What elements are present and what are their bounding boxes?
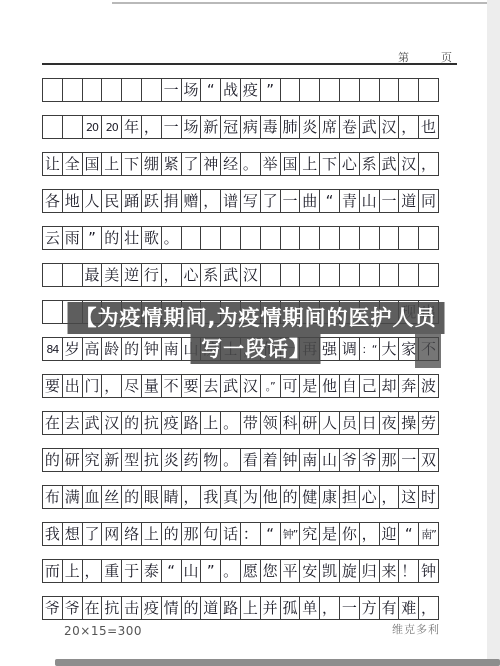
grid-cell: 一 xyxy=(161,115,182,139)
grid-cell: 谱 xyxy=(220,189,241,213)
grid-cell: 心 xyxy=(359,485,380,509)
grid-cell: 新 xyxy=(200,115,221,139)
grid-cell: 门 xyxy=(82,374,103,398)
grid-row: 一场“战疫” xyxy=(42,78,458,102)
grid-cell: ” xyxy=(200,559,221,583)
grid-cell: 为 xyxy=(240,485,261,509)
grid-cell: 壮 xyxy=(121,226,142,250)
grid-cell: 可 xyxy=(280,374,301,398)
grid-cell: 人 xyxy=(82,189,103,213)
grid-cell xyxy=(280,78,301,102)
grid-cell: 武 xyxy=(220,374,241,398)
grid-cell: 钟” xyxy=(280,522,301,546)
composition-paper-photo: 第 页 一场“战疫”2020年，一场新冠病毒肺炎席卷武汉，也让全国上下绷紧了神经… xyxy=(0,0,500,666)
grid-cell xyxy=(240,226,261,250)
grid-cell: 泰 xyxy=(141,559,162,583)
watermark-label: 维克多利 xyxy=(392,621,440,637)
grid-cell: ， xyxy=(418,152,439,176)
grid-cell xyxy=(121,78,142,102)
grid-cell: 上 xyxy=(299,152,320,176)
grid-cell: 20 xyxy=(82,115,103,139)
grid-cell: 络 xyxy=(121,522,142,546)
grid-cell: 下 xyxy=(121,152,142,176)
grid-cell: 的 xyxy=(161,522,182,546)
grid-cell: 旋 xyxy=(339,559,360,583)
grid-cell: 满 xyxy=(62,485,83,509)
grid-cell: 毒 xyxy=(260,115,281,139)
grid-cell xyxy=(398,226,419,250)
grid-cell: 。 xyxy=(220,411,241,435)
grid-cell: 己 xyxy=(359,374,380,398)
grid-cell: 山 xyxy=(181,559,202,583)
grid-cell: 有 xyxy=(379,596,400,620)
grid-cell: ， xyxy=(379,485,400,509)
grid-row: 我想了网络上的那句话：“钟”究是你，迎“南” xyxy=(42,522,458,546)
grid-row: 云雨”的壮歌。 xyxy=(42,226,458,250)
grid-cell: ， xyxy=(141,115,162,139)
grid-cell: 汉 xyxy=(398,152,419,176)
grid-cell: ， xyxy=(359,522,380,546)
grid-cell: 南” xyxy=(418,522,439,546)
grid-cell: 疫 xyxy=(161,411,182,435)
grid-cell: ， xyxy=(398,115,419,139)
grid-cell: 眼 xyxy=(141,485,162,509)
grid-cell: 路 xyxy=(220,596,241,620)
grid-cell: 爷 xyxy=(42,596,63,620)
grid-cell: ， xyxy=(200,189,221,213)
grid-cell: 一 xyxy=(339,596,360,620)
caption-line-1: 【为疫情期间,为疫情期间的医护人员 xyxy=(68,302,445,334)
grid-cell: 。 xyxy=(161,226,182,250)
grid-cell xyxy=(260,263,281,287)
grid-cell: 着 xyxy=(260,448,281,472)
grid-cell: 让 xyxy=(42,152,63,176)
grid-cell: 全 xyxy=(62,152,83,176)
grid-cell: ！ xyxy=(398,559,419,583)
grid-cell: 逆 xyxy=(121,263,142,287)
grid-cell xyxy=(398,78,419,102)
grid-cell: 安 xyxy=(299,559,320,583)
grid-cell: 网 xyxy=(101,522,122,546)
grid-cell: 赠 xyxy=(181,189,202,213)
grid-cell: 凯 xyxy=(319,559,340,583)
grid-cell: ， xyxy=(181,485,202,509)
grid-cell: 山 xyxy=(359,189,380,213)
grid-cell xyxy=(319,263,340,287)
grid-cell: 云 xyxy=(42,226,63,250)
grid-cell: 各 xyxy=(42,189,63,213)
grid-cell xyxy=(220,226,241,250)
grid-cell: 年 xyxy=(121,115,142,139)
grid-cell: 人 xyxy=(319,411,340,435)
grid-cell: 汉 xyxy=(240,263,261,287)
grid-cell: 抗 xyxy=(141,448,162,472)
grid-cell: 想 xyxy=(62,522,83,546)
grid-cell: 了 xyxy=(82,522,103,546)
grid-row: 的研究新型抗炎药物。看着钟南山爷爷那一双 xyxy=(42,448,458,472)
grid-cell: 去 xyxy=(62,411,83,435)
grid-cell: 上 xyxy=(200,411,221,435)
grid-cell: 。 xyxy=(220,559,241,583)
grid-cell: 上 xyxy=(62,559,83,583)
grid-cell: 捐 xyxy=(161,189,182,213)
grid-cell: 话 xyxy=(220,522,241,546)
grid-cell xyxy=(418,263,439,287)
grid-cell: 汉 xyxy=(240,374,261,398)
grid-cell: 在 xyxy=(42,411,63,435)
photo-edge-top xyxy=(112,2,500,4)
grid-cell xyxy=(339,263,360,287)
grid-cell: 上 xyxy=(101,152,122,176)
grid-cell xyxy=(379,263,400,287)
grid-cell: 上 xyxy=(240,596,261,620)
caption-line-2: 写一段话】 xyxy=(191,334,321,364)
grid-cell: 疫 xyxy=(240,78,261,102)
grid-cell: ， xyxy=(418,596,439,620)
grid-cell: 去 xyxy=(200,374,221,398)
grid-cell: 击 xyxy=(121,596,142,620)
grid-cell: ” xyxy=(82,226,103,250)
grid-cell: 南 xyxy=(299,448,320,472)
grid-cell: 不 xyxy=(161,374,182,398)
grid-cell: 钟 xyxy=(280,448,301,472)
grid-cell: ， xyxy=(101,374,122,398)
grid-cell: 康 xyxy=(319,485,340,509)
grid-cell: 我 xyxy=(200,485,221,509)
grid-cell: 型 xyxy=(121,448,142,472)
grid-row: 各地人民踊跃捐赠，谱写了一曲“青山一道同 xyxy=(42,189,458,213)
grid-cell: 疫 xyxy=(141,596,162,620)
grid-cell xyxy=(398,263,419,287)
grid-row: 最美逆行，心系武汉 xyxy=(42,263,458,287)
grid-cell: 物 xyxy=(200,448,221,472)
grid-cell: 病 xyxy=(240,115,261,139)
grid-cell: 的 xyxy=(121,485,142,509)
grid-cell: 系 xyxy=(359,152,380,176)
grid-cell: 他 xyxy=(319,374,340,398)
grid-cell: 研 xyxy=(299,411,320,435)
grid-cell: 地 xyxy=(62,189,83,213)
grid-cell: 武 xyxy=(359,115,380,139)
grid-cell: 。” xyxy=(260,374,281,398)
grid-cell: 场 xyxy=(181,115,202,139)
grid-cell: 夜 xyxy=(379,411,400,435)
grid-cell xyxy=(359,226,380,250)
grid-cell: “ xyxy=(161,559,182,583)
grid-cell xyxy=(299,78,320,102)
grid-cell: 重 xyxy=(101,559,122,583)
grid-cell: 的 xyxy=(101,226,122,250)
grid-cell: 归 xyxy=(359,559,380,583)
grid-cell: 一 xyxy=(398,448,419,472)
grid-cell: 操 xyxy=(398,411,419,435)
grid-cell: ， xyxy=(319,596,340,620)
grid-cell xyxy=(62,78,83,102)
grid-cell: 肺 xyxy=(280,115,301,139)
grid-cell: 是 xyxy=(319,522,340,546)
grid-cell: 。 xyxy=(220,448,241,472)
grid-cell: 句 xyxy=(200,522,221,546)
grid-cell: “ xyxy=(319,189,340,213)
grid-cell: 一 xyxy=(280,189,301,213)
grid-cell: 情 xyxy=(161,596,182,620)
grid-cell xyxy=(299,226,320,250)
grid-cell: 场 xyxy=(181,78,202,102)
grid-cell xyxy=(339,78,360,102)
grid-cell xyxy=(200,226,221,250)
grid-cell: 你 xyxy=(339,522,360,546)
grid-cell: 方 xyxy=(359,596,380,620)
grid-cell: 波 xyxy=(418,374,439,398)
grid-cell: 神 xyxy=(200,152,221,176)
grid-cell xyxy=(319,226,340,250)
grid-cell: 也 xyxy=(418,115,439,139)
grid-cell: 看 xyxy=(240,448,261,472)
grid-row: 在去武汉的抗疫路上。带领科研人员日夜操劳 xyxy=(42,411,458,435)
grid-cell xyxy=(101,78,122,102)
grid-cell: 是 xyxy=(299,374,320,398)
grid-cell: 席 xyxy=(319,115,340,139)
grid-cell: 上 xyxy=(141,522,162,546)
grid-cell xyxy=(82,78,103,102)
grid-cell: 战 xyxy=(220,78,241,102)
grid-cell xyxy=(379,226,400,250)
grid-cell: 汉 xyxy=(379,115,400,139)
grid-cell: 劳 xyxy=(418,411,439,435)
grid-cell: 武 xyxy=(379,152,400,176)
grid-cell: 钟 xyxy=(418,559,439,583)
grid-cell: 而 xyxy=(42,559,63,583)
grid-cell: 日 xyxy=(359,411,380,435)
grid-cell: 愿 xyxy=(240,559,261,583)
grid-cell: 并 xyxy=(260,596,281,620)
grid-cell: 汉 xyxy=(101,411,122,435)
grid-cell xyxy=(181,226,202,250)
grid-cell: 血 xyxy=(82,485,103,509)
grid-cell: 国 xyxy=(280,152,301,176)
grid-cell: 民 xyxy=(101,189,122,213)
grid-cell: 要 xyxy=(42,374,63,398)
grid-cell: “ xyxy=(260,522,281,546)
grid-cell: 歌 xyxy=(141,226,162,250)
grid-cell xyxy=(359,78,380,102)
grid-cell xyxy=(141,78,162,102)
header-rule-line xyxy=(42,63,457,65)
grid-cell: 84 xyxy=(42,337,63,361)
grid-cell: ， xyxy=(82,559,103,583)
grid-cell: 青 xyxy=(339,189,360,213)
grid-cell xyxy=(418,78,439,102)
caption-overlay: 【为疫情期间,为疫情期间的医护人员 写一段话】 xyxy=(68,302,445,364)
grid-cell: 究 xyxy=(299,522,320,546)
grid-cell xyxy=(280,263,301,287)
grid-cell: 带 xyxy=(240,411,261,435)
grid-cell xyxy=(418,226,439,250)
grid-cell xyxy=(42,115,63,139)
grid-cell: 他 xyxy=(260,485,281,509)
grid-cell: 跃 xyxy=(141,189,162,213)
grid-cell: 担 xyxy=(339,485,360,509)
grid-cell: 药 xyxy=(181,448,202,472)
grid-cell: 国 xyxy=(82,152,103,176)
grid-cell xyxy=(62,263,83,287)
grid-cell xyxy=(299,263,320,287)
grid-cell xyxy=(42,263,63,287)
grid-row: 布满血丝的眼睛，我真为他的健康担心，这时 xyxy=(42,485,458,509)
grid-cell: 。 xyxy=(240,152,261,176)
grid-cell: 路 xyxy=(181,411,202,435)
grid-cell: 下 xyxy=(319,152,340,176)
grid-cell: 领 xyxy=(260,411,281,435)
grid-cell: 的 xyxy=(280,485,301,509)
grid-cell: 行 xyxy=(141,263,162,287)
photo-edge-bottom xyxy=(55,659,500,666)
grid-cell: 系 xyxy=(200,263,221,287)
grid-cell xyxy=(319,78,340,102)
grid-cell: 那 xyxy=(379,448,400,472)
photo-edge-right xyxy=(487,0,500,666)
grid-cell: 的 xyxy=(181,596,202,620)
grid-cell: 却 xyxy=(379,374,400,398)
grid-cell: 丝 xyxy=(101,485,122,509)
grid-cell: 出 xyxy=(62,374,83,398)
grid-cell: 同 xyxy=(418,189,439,213)
grid-cell: 尽 xyxy=(121,374,142,398)
grid-cell: 时 xyxy=(418,485,439,509)
grid-cell: 雨 xyxy=(62,226,83,250)
grid-cell: 这 xyxy=(398,485,419,509)
grid-cell: ， xyxy=(161,263,182,287)
grid-cell: 曲 xyxy=(299,189,320,213)
grid-cell: 了 xyxy=(260,189,281,213)
grid-cell: 研 xyxy=(62,448,83,472)
grid-cell: 您 xyxy=(260,559,281,583)
grid-cell: 员 xyxy=(339,411,360,435)
grid-cell: 睛 xyxy=(161,485,182,509)
grid-cell: ” xyxy=(260,78,281,102)
grid-cell: 那 xyxy=(181,522,202,546)
grid-cell: 于 xyxy=(121,559,142,583)
grid-cell: 写 xyxy=(240,189,261,213)
grid-cell: 道 xyxy=(398,189,419,213)
grid-cell: “ xyxy=(200,78,221,102)
grid-cell: 踊 xyxy=(121,189,142,213)
grid-cell: 武 xyxy=(220,263,241,287)
grid-cell xyxy=(62,115,83,139)
grid-row: 2020年，一场新冠病毒肺炎席卷武汉，也 xyxy=(42,115,458,139)
grid-cell: 的 xyxy=(42,448,63,472)
grid-cell: 要 xyxy=(181,374,202,398)
grid-cell: 自 xyxy=(339,374,360,398)
grid-cell xyxy=(379,78,400,102)
grid-cell: 迎 xyxy=(379,522,400,546)
grid-cell: 心 xyxy=(339,152,360,176)
grid-cell xyxy=(339,226,360,250)
grid-cell: 最 xyxy=(82,263,103,287)
grid-row: 爷爷在抗击疫情的道路上并孤单，一方有难， xyxy=(42,596,458,620)
grid-cell: 双 xyxy=(418,448,439,472)
grid-cell: 究 xyxy=(82,448,103,472)
grid-cell: 抗 xyxy=(101,596,122,620)
grid-cell: 爷 xyxy=(359,448,380,472)
grid-cell: 爷 xyxy=(339,448,360,472)
grid-cell: 炎 xyxy=(299,115,320,139)
grid-row: 要出门，尽量不要去武汉。”可是他自己却奔波 xyxy=(42,374,458,398)
grid-cell: 道 xyxy=(200,596,221,620)
grid-cell: 量 xyxy=(141,374,162,398)
grid-row: 让全国上下绷紧了神经。举国上下心系武汉， xyxy=(42,152,458,176)
grid-cell: 新 xyxy=(101,448,122,472)
grid-cell: 难 xyxy=(398,596,419,620)
grid-cell: 绷 xyxy=(141,152,162,176)
grid-cell: 了 xyxy=(181,152,202,176)
grid-cell: 真 xyxy=(220,485,241,509)
grid-cell: 紧 xyxy=(161,152,182,176)
grid-cell xyxy=(42,78,63,102)
grid-cell: 奔 xyxy=(398,374,419,398)
grid-cell: 来 xyxy=(379,559,400,583)
grid-cell xyxy=(42,300,63,324)
grid-cell: 炎 xyxy=(161,448,182,472)
grid-cell: 健 xyxy=(299,485,320,509)
grid-cell: 抗 xyxy=(141,411,162,435)
grid-cell: 在 xyxy=(82,596,103,620)
grid-cell: 一 xyxy=(379,189,400,213)
grid-cell: 卷 xyxy=(339,115,360,139)
grid-cell: ： xyxy=(240,522,261,546)
grid-cell: 一 xyxy=(161,78,182,102)
grid-cell: 美 xyxy=(101,263,122,287)
grid-cell: 平 xyxy=(280,559,301,583)
grid-count-label: 20×15=300 xyxy=(64,624,142,638)
grid-cell: 心 xyxy=(181,263,202,287)
grid-cell xyxy=(260,226,281,250)
grid-row: 而上，重于泰“山”。愿您平安凯旋归来！钟 xyxy=(42,559,458,583)
grid-cell: 经 xyxy=(220,152,241,176)
grid-cell: “ xyxy=(398,522,419,546)
grid-cell: 冠 xyxy=(220,115,241,139)
grid-cell: 的 xyxy=(121,411,142,435)
grid-cell: 单 xyxy=(299,596,320,620)
grid-cell: 布 xyxy=(42,485,63,509)
grid-cell: 孤 xyxy=(280,596,301,620)
grid-cell: 爷 xyxy=(62,596,83,620)
grid-cell xyxy=(280,226,301,250)
grid-cell xyxy=(359,263,380,287)
grid-cell: 举 xyxy=(260,152,281,176)
grid-cell: 20 xyxy=(101,115,122,139)
grid-cell: 山 xyxy=(319,448,340,472)
grid-cell: 我 xyxy=(42,522,63,546)
grid-cell: 科 xyxy=(280,411,301,435)
grid-cell: 武 xyxy=(82,411,103,435)
